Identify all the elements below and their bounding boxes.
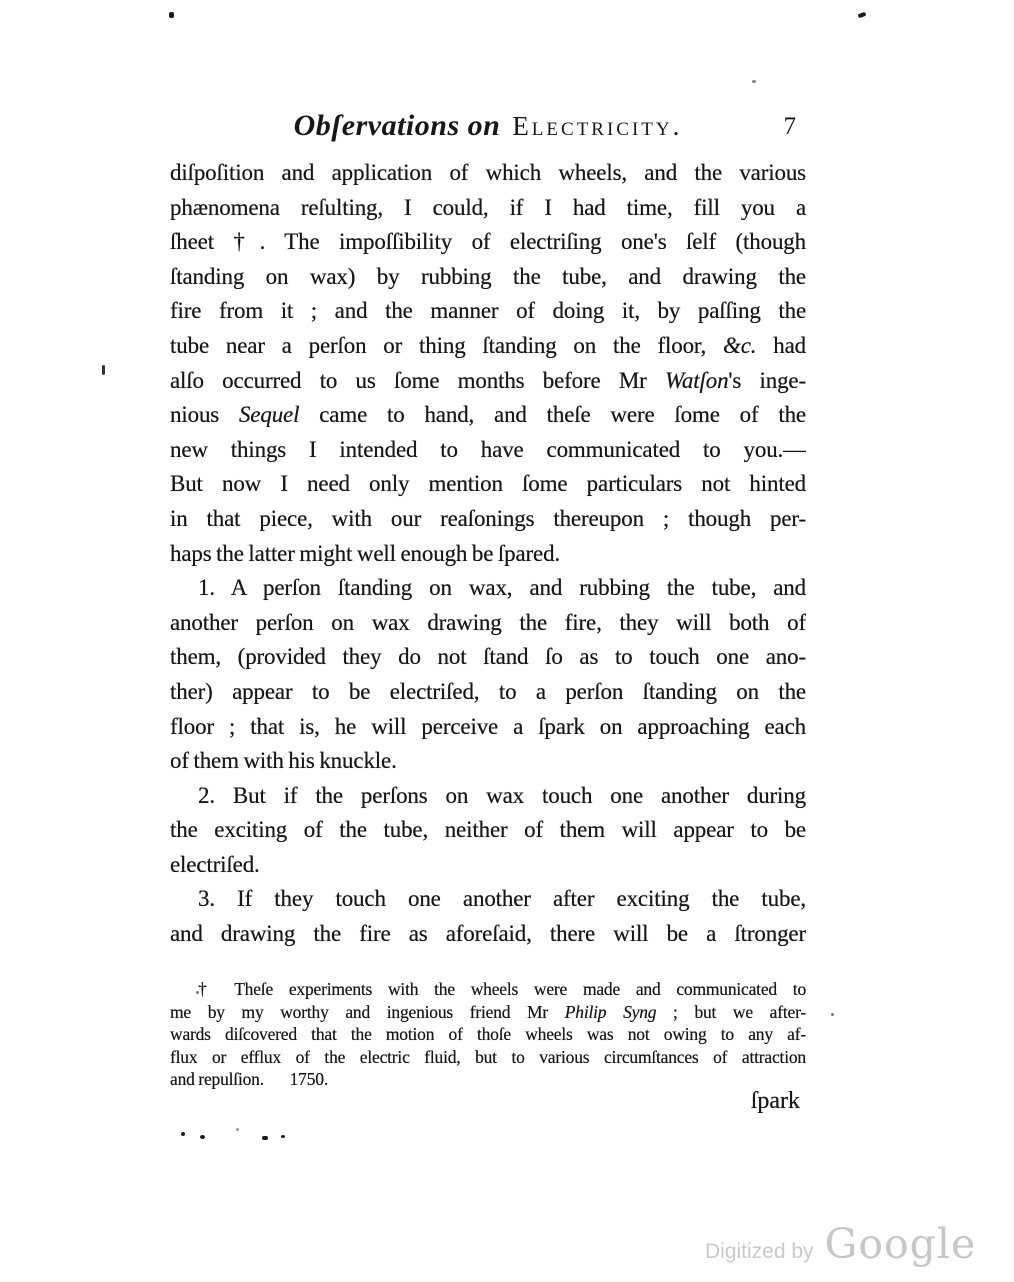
scan-speck (200, 1135, 205, 1139)
text-line: electriſed. (170, 848, 806, 883)
text-line: nious Sequel came to hand, and theſe wer… (170, 398, 806, 433)
text-line: the exciting of the tube, neither of the… (170, 813, 806, 848)
text-segment: wards diſcovered that the motion of thoſ… (170, 1024, 806, 1044)
text-segment: came to hand, and theſe were ſome of the (299, 402, 806, 427)
book-page-scan: Obſervations onElectricity. 7 diſpoſitio… (0, 0, 1014, 1282)
text-line: 1. A perſon ſtanding on wax, and rubbing… (170, 571, 806, 606)
text-line: ſtanding on wax) by rubbing the tube, an… (170, 260, 806, 295)
text-segment: fire from it ; and the manner of doing i… (170, 298, 806, 323)
text-segment: nious (170, 402, 239, 427)
text-line: But now I need only mention ſome particu… (170, 467, 806, 502)
scan-speck (281, 1135, 285, 1138)
scan-speck (196, 991, 199, 994)
text-line: alſo occurred to us ſome months before M… (170, 364, 806, 399)
text-line: phænomena reſulting, I could, if I had t… (170, 191, 806, 226)
text-segment: of them with his knuckle. (170, 748, 397, 773)
scan-speck (831, 1013, 834, 1016)
text-line: haps the latter might well enough be ſpa… (170, 537, 806, 572)
italic-text-segment: Sequel (239, 402, 299, 427)
text-segment: ; but we after- (656, 1002, 806, 1022)
text-line: tube near a perſon or thing ſtanding on … (170, 329, 806, 364)
paragraph: 1. A perſon ſtanding on wax, and rubbing… (170, 571, 806, 779)
text-segment: new things I intended to have communicat… (170, 437, 806, 462)
text-segment: in that piece, with our reaſonings there… (170, 506, 806, 531)
text-line: floor ; that is, he will perceive a ſpar… (170, 710, 806, 745)
footnote: † Theſe experiments with the wheels were… (170, 978, 806, 1091)
italic-text-segment: Philip Syng (565, 1002, 657, 1022)
paragraph: † Theſe experiments with the wheels were… (170, 978, 806, 1091)
scan-speck (236, 1128, 239, 1131)
text-segment: tube near a perſon or thing ſtanding on … (170, 333, 723, 358)
paragraph: diſpoſition and application of which whe… (170, 156, 806, 571)
text-line: wards diſcovered that the motion of thoſ… (170, 1023, 806, 1046)
text-line: and drawing the fire as aforeſaid, there… (170, 917, 806, 952)
text-line: another perſon on wax drawing the fire, … (170, 606, 806, 641)
scan-speck (752, 80, 756, 83)
text-segment: and drawing the fire as aforeſaid, there… (170, 921, 806, 946)
scan-speck (181, 1132, 185, 1136)
text-line: 3. If they touch one another after excit… (170, 882, 806, 917)
text-segment: 3. If they touch one another after excit… (198, 886, 806, 911)
text-segment: another perſon on wax drawing the fire, … (170, 610, 806, 635)
catchword: ſpark (170, 1088, 800, 1115)
margin-tick-mark (102, 365, 105, 375)
scan-speck (169, 12, 174, 18)
google-watermark: Digitized by Google (705, 1220, 976, 1268)
text-line: diſpoſition and application of which whe… (170, 156, 806, 191)
paragraph: 3. If they touch one another after excit… (170, 882, 806, 951)
text-segment: diſpoſition and application of which whe… (170, 160, 806, 185)
text-segment: them, (provided they do not ſtand ſo as … (170, 644, 806, 669)
text-line: ther) appear to be electriſed, to a perſ… (170, 675, 806, 710)
text-line: 2. But if the perſons on wax touch one a… (170, 779, 806, 814)
header-title-italic: Obſervations on (294, 109, 501, 142)
text-segment: 's inge- (728, 368, 806, 393)
text-segment: alſo occurred to us ſome months before M… (170, 368, 665, 393)
text-segment: haps the latter might well enough be ſpa… (170, 541, 560, 566)
text-segment: phænomena reſulting, I could, if I had t… (170, 195, 806, 220)
text-segment: ther) appear to be electriſed, to a perſ… (170, 679, 806, 704)
italic-text-segment: &c. (723, 333, 756, 358)
scan-speck (262, 1136, 268, 1140)
text-line: † Theſe experiments with the wheels were… (170, 978, 806, 1001)
scan-speck (858, 12, 867, 18)
text-segment: electriſed. (170, 852, 260, 877)
watermark-prefix: Digitized by (705, 1240, 814, 1264)
running-header: Obſervations onElectricity. 7 (170, 109, 806, 151)
page-number: 7 (784, 113, 797, 141)
text-segment: ſtanding on wax) by rubbing the tube, an… (170, 264, 806, 289)
text-line: of them with his knuckle. (170, 744, 806, 779)
paragraph: 2. But if the perſons on wax touch one a… (170, 779, 806, 883)
text-segment: ſheet †. The impoſſibility of electriſin… (170, 229, 806, 254)
text-line: me by my worthy and ingenious friend Mr … (170, 1001, 806, 1024)
header-title-caps: Electricity. (512, 111, 682, 141)
text-segment: had (756, 333, 806, 358)
text-line: flux or efflux of the electric fluid, bu… (170, 1046, 806, 1069)
text-segment: flux or efflux of the electric fluid, bu… (170, 1047, 806, 1067)
text-segment: † Theſe experiments with the wheels were… (198, 979, 806, 999)
text-segment: and repulſion. 1750. (170, 1069, 328, 1089)
text-line: fire from it ; and the manner of doing i… (170, 294, 806, 329)
text-segment: the exciting of the tube, neither of the… (170, 817, 806, 842)
google-logo: Google (825, 1220, 977, 1268)
text-segment: floor ; that is, he will perceive a ſpar… (170, 714, 806, 739)
text-segment: 1. A perſon ſtanding on wax, and rubbing… (198, 575, 806, 600)
text-line: new things I intended to have communicat… (170, 433, 806, 468)
text-segment: 2. But if the perſons on wax touch one a… (198, 783, 806, 808)
text-segment: me by my worthy and ingenious friend Mr (170, 1002, 565, 1022)
text-segment: But now I need only mention ſome particu… (170, 471, 806, 496)
text-line: ſheet †. The impoſſibility of electriſin… (170, 225, 806, 260)
text-line: in that piece, with our reaſonings there… (170, 502, 806, 537)
page-body-text: diſpoſition and application of which whe… (170, 156, 806, 952)
italic-text-segment: Watſon (665, 368, 728, 393)
text-line: them, (provided they do not ſtand ſo as … (170, 640, 806, 675)
